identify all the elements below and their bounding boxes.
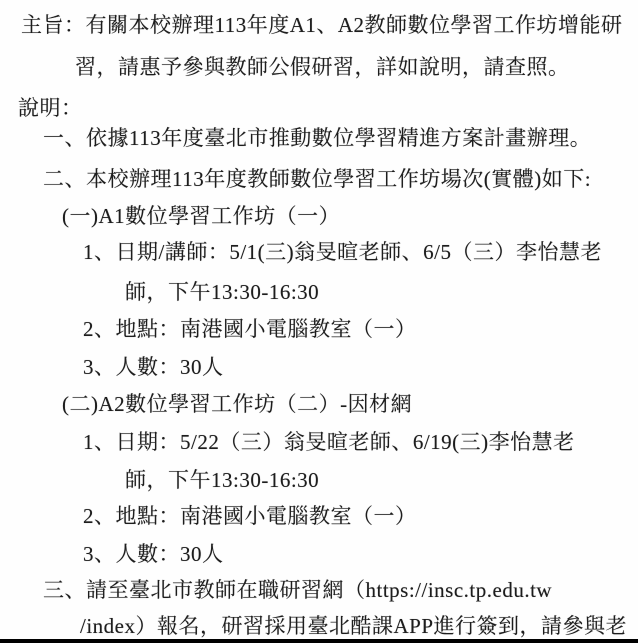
explanation-heading: 說明： [18,95,83,121]
item-2-1-capacity: 3、人數：30人 [83,354,224,380]
subject-line-1: 主旨：有關本校辦理113年度A1、A2教師數位學習工作坊增能研 [21,12,623,38]
item-2-2-date-line-2: 師，下午13:30-16:30 [125,467,319,493]
subject-line-2: 習，請惠予參與教師公假研習，詳如說明，請查照。 [75,54,570,80]
scanned-official-letter: 主旨：有關本校辦理113年度A1、A2教師數位學習工作坊增能研 習，請惠予參與教… [0,0,638,643]
item-1: 一、依據113年度臺北市推動數位學習精進方案計畫辦理。 [43,125,591,151]
item-2-2-title: (二)A2數位學習工作坊（二）-因材網 [62,391,412,417]
item-2-1-title: (一)A1數位學習工作坊（一） [62,203,340,229]
item-2-2-date-line-1: 1、日期：5/22（三）翁旻暄老師、6/19(三)李怡慧老 [83,429,575,455]
item-2-1-date-line-2: 師，下午13:30-16:30 [125,279,319,305]
item-3-line-1: 三、請至臺北市教師在職研習網（https://insc.tp.edu.tw [43,577,552,603]
scan-bottom-edge-line [0,639,638,643]
item-2-2-capacity: 3、人數：30人 [83,541,224,567]
item-2: 二、本校辦理113年度教師數位學習工作坊場次(實體)如下: [43,166,591,192]
item-2-1-location: 2、地點：南港國小電腦教室（一） [83,316,417,342]
item-2-1-date-line-1: 1、日期/講師：5/1(三)翁旻暄老師、6/5（三）李怡慧老 [83,239,602,265]
item-3-line-2: /index）報名，研習採用臺北酷課APP進行簽到，請參與老 [80,613,627,639]
item-2-2-location: 2、地點：南港國小電腦教室（一） [83,503,417,529]
